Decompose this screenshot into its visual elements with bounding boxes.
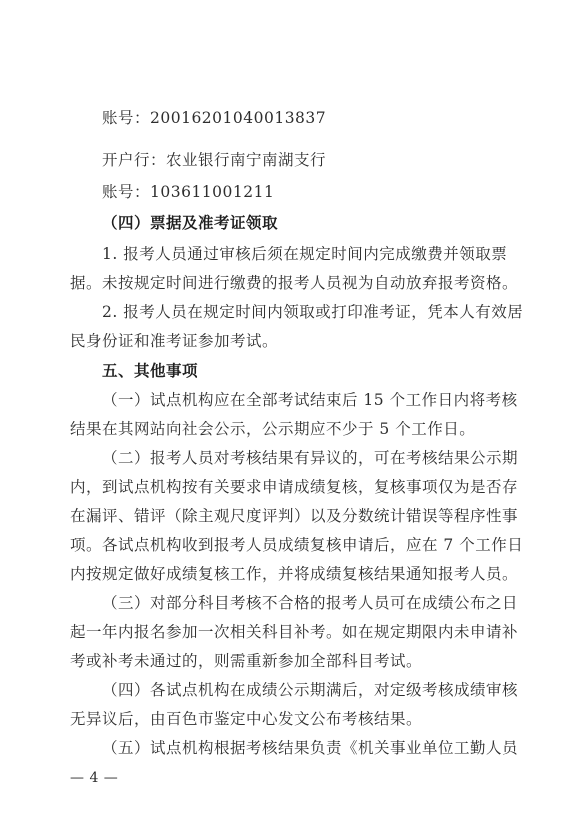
paragraph-line: （一）试点机构应在全部考试结束后 15 个工作日内将考核 xyxy=(102,390,502,410)
paragraph-line: （四）各试点机构在成绩公示期满后，对定级考核成绩审核 xyxy=(102,680,502,700)
section-heading-ticket: （四）票据及准考证领取 xyxy=(102,213,278,233)
paragraph-line: 内按规定做好成绩复核工作，并将成绩复核结果通知报考人员。 xyxy=(70,564,502,584)
bank-name: 开户行：农业银行南宁南湖支行 xyxy=(102,150,326,170)
section-heading-other: 五、其他事项 xyxy=(102,361,198,381)
paragraph-line: 1. 报考人员通过审核后须在规定时间内完成缴费并领取票 xyxy=(102,244,502,264)
paragraph-line: 项。各试点机构收到报考人员成绩复核申请后，应在 7 个工作日 xyxy=(70,535,502,555)
paragraph-line: 2. 报考人员在规定时间内领取或打印准考证，凭本人有效居 xyxy=(102,302,502,322)
account-number-2: 账号：103611001211 xyxy=(102,182,274,202)
paragraph-line: （五）试点机构根据考核结果负责《机关事业单位工勤人员 xyxy=(102,738,502,758)
paragraph-line: 据。未按规定时间进行缴费的报考人员视为自动放弃报考资格。 xyxy=(70,273,502,293)
paragraph-line: 无异议后，由百色市鉴定中心发文公布考核结果。 xyxy=(70,709,422,729)
paragraph-line: 考或补考未通过的，则需重新参加全部科目考试。 xyxy=(70,651,422,671)
paragraph-line: 民身份证和准考证参加考试。 xyxy=(70,331,278,351)
account-number-1: 账号：20016201040013837 xyxy=(102,108,326,128)
paragraph-line: 在漏评、错评（除主观尺度评判）以及分数统计错误等程序性事 xyxy=(70,506,502,526)
paragraph-line: 起一年内报名参加一次相关科目补考。如在规定期限内未申请补 xyxy=(70,622,502,642)
paragraph-line: （二）报考人员对考核结果有异议的，可在考核结果公示期 xyxy=(102,448,502,468)
paragraph-line: 结果在其网站向社会公示，公示期应不少于 5 个工作日。 xyxy=(70,419,475,439)
paragraph-line: （三）对部分科目考核不合格的报考人员可在成绩公布之日 xyxy=(102,593,502,613)
page-number: — 4 — xyxy=(70,768,118,788)
paragraph-line: 内，到试点机构按有关要求申请成绩复核，复核事项仅为是否存 xyxy=(70,477,502,497)
